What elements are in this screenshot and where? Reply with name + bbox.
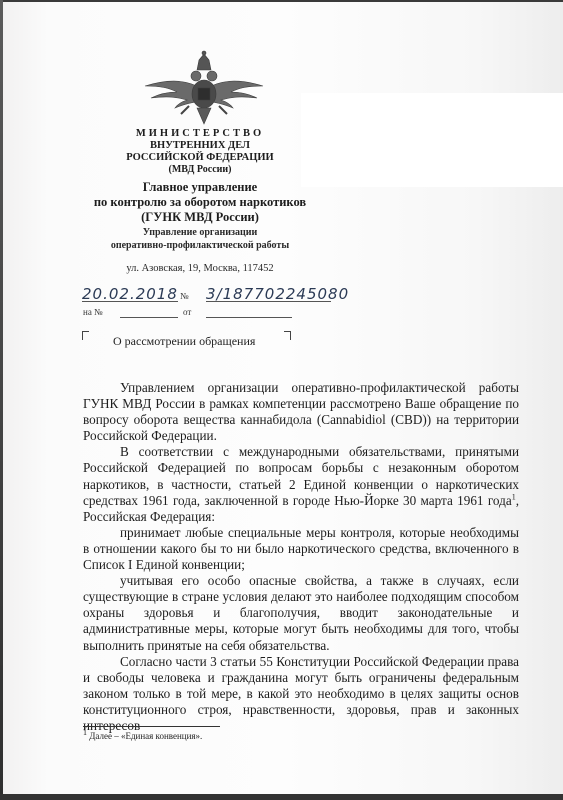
body-paragraph: Управлением организации оперативно-профи…: [83, 380, 519, 444]
scan-bottom-edge: [0, 794, 563, 800]
department-line: по контролю за оборотом наркотиков: [80, 195, 320, 210]
body-paragraph: Согласно части 3 статьи 55 Конституции Р…: [83, 654, 519, 734]
department-line: Главное управление: [80, 180, 320, 195]
letter-body: Управлением организации оперативно-профи…: [83, 380, 519, 734]
subdepartment-name: Управление организации оперативно-профил…: [80, 226, 320, 252]
subject-bracket-right: [284, 331, 291, 340]
registration-number: 3/187702245080: [206, 285, 331, 302]
reply-to-label: на №: [83, 307, 103, 317]
department-line: (ГУНК МВД России): [80, 210, 320, 225]
ministry-line: МИНИСТЕРСТВО: [100, 128, 300, 140]
ministry-line: ВНУТРЕННИХ ДЕЛ: [100, 140, 300, 152]
subdepartment-line: оперативно-профилактической работы: [80, 239, 320, 252]
ministry-name: МИНИСТЕРСТВО ВНУТРЕННИХ ДЕЛ РОССИЙСКОЙ Ф…: [100, 128, 300, 176]
double-headed-eagle-emblem-icon: [141, 50, 267, 125]
redacted-recipient-block: [301, 93, 563, 187]
body-paragraph-text: В соответствии с международными обязател…: [83, 444, 519, 507]
reply-to-number-blank: [120, 317, 178, 318]
body-paragraph: принимает любые специальные меры контрол…: [83, 525, 519, 573]
registration-date: 20.02.2018: [82, 285, 178, 302]
subject-line: О рассмотрении обращения: [113, 334, 255, 349]
ministry-line: (МВД России): [100, 164, 300, 176]
subdepartment-line: Управление организации: [80, 226, 320, 239]
footnote-text: Далее – «Единая конвенция».: [89, 731, 202, 741]
number-label: №: [180, 291, 189, 301]
subject-bracket-left: [82, 331, 89, 340]
body-paragraph: учитывая его особо опасные свойства, а т…: [83, 573, 519, 653]
department-name: Главное управление по контролю за оборот…: [80, 180, 320, 225]
from-date-blank: [206, 317, 292, 318]
address: ул. Азовская, 19, Москва, 117452: [80, 263, 320, 274]
from-label: от: [183, 307, 191, 317]
footnote: 1 Далее – «Единая конвенция».: [83, 731, 202, 741]
body-paragraph: В соответствии с международными обязател…: [83, 444, 519, 524]
ministry-line: РОССИЙСКОЙ ФЕДЕРАЦИИ: [100, 152, 300, 164]
footnote-marker: 1: [83, 728, 87, 737]
footnote-divider: [83, 726, 220, 727]
